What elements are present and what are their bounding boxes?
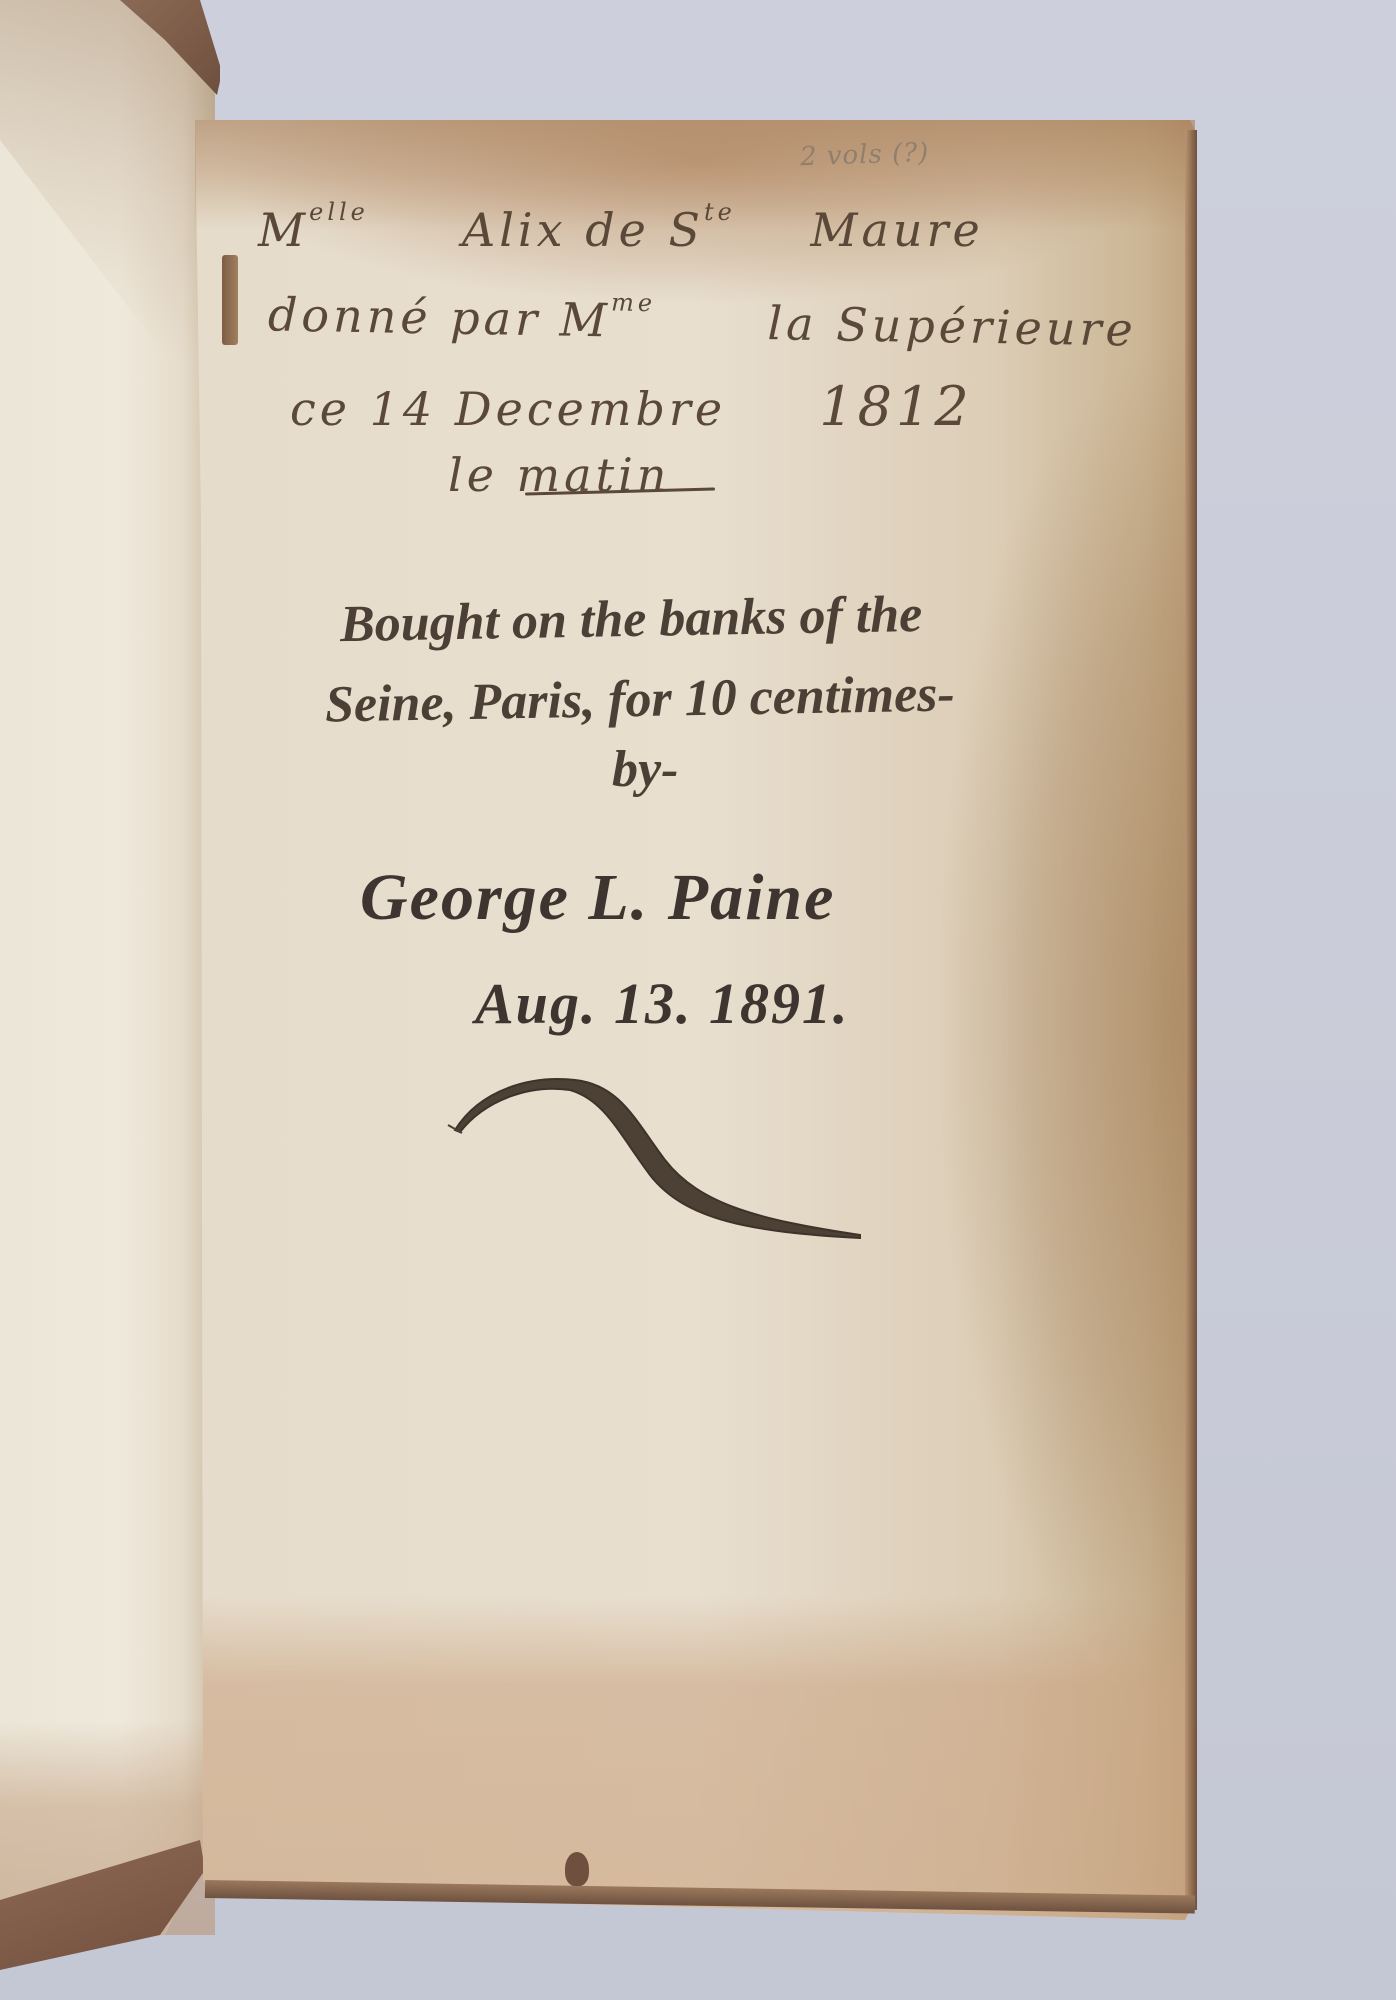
pencil-note: 2 vols (?) [800,138,930,172]
ink-blot [565,1852,589,1886]
english-line-2: Seine, Paris, for 10 centimes- [325,665,956,735]
signature-date: Aug. 13. 1891. [475,970,849,1037]
honorific-superscript: elle [309,198,369,226]
english-line-1: Bought on the banks of the [340,585,923,654]
surname: Maure [810,203,983,257]
page-fore-edge [1185,130,1197,1910]
madame-superscript: me [611,288,656,317]
date-text: ce 14 Decembre [290,382,726,436]
signature-name: George L. Paine [360,860,835,936]
honorific: M [258,203,309,257]
superior-text: la Supérieure [767,296,1137,356]
saint-superscript: te [704,198,736,226]
year-1812: 1812 [819,375,972,438]
french-line-3: ce 14 Decembre 1812 [290,375,973,438]
given-name: Alix de S [462,203,704,257]
french-line-1: Melle Alix de Ste Maure [258,198,984,257]
english-line-3: by- [612,740,678,799]
ink-flourish-icon [440,1060,880,1260]
photo-scene: 2 vols (?) Melle Alix de Ste Maure donné… [0,0,1396,2000]
given-by-text: donné par M [268,287,612,347]
gutter-mark [222,255,238,345]
